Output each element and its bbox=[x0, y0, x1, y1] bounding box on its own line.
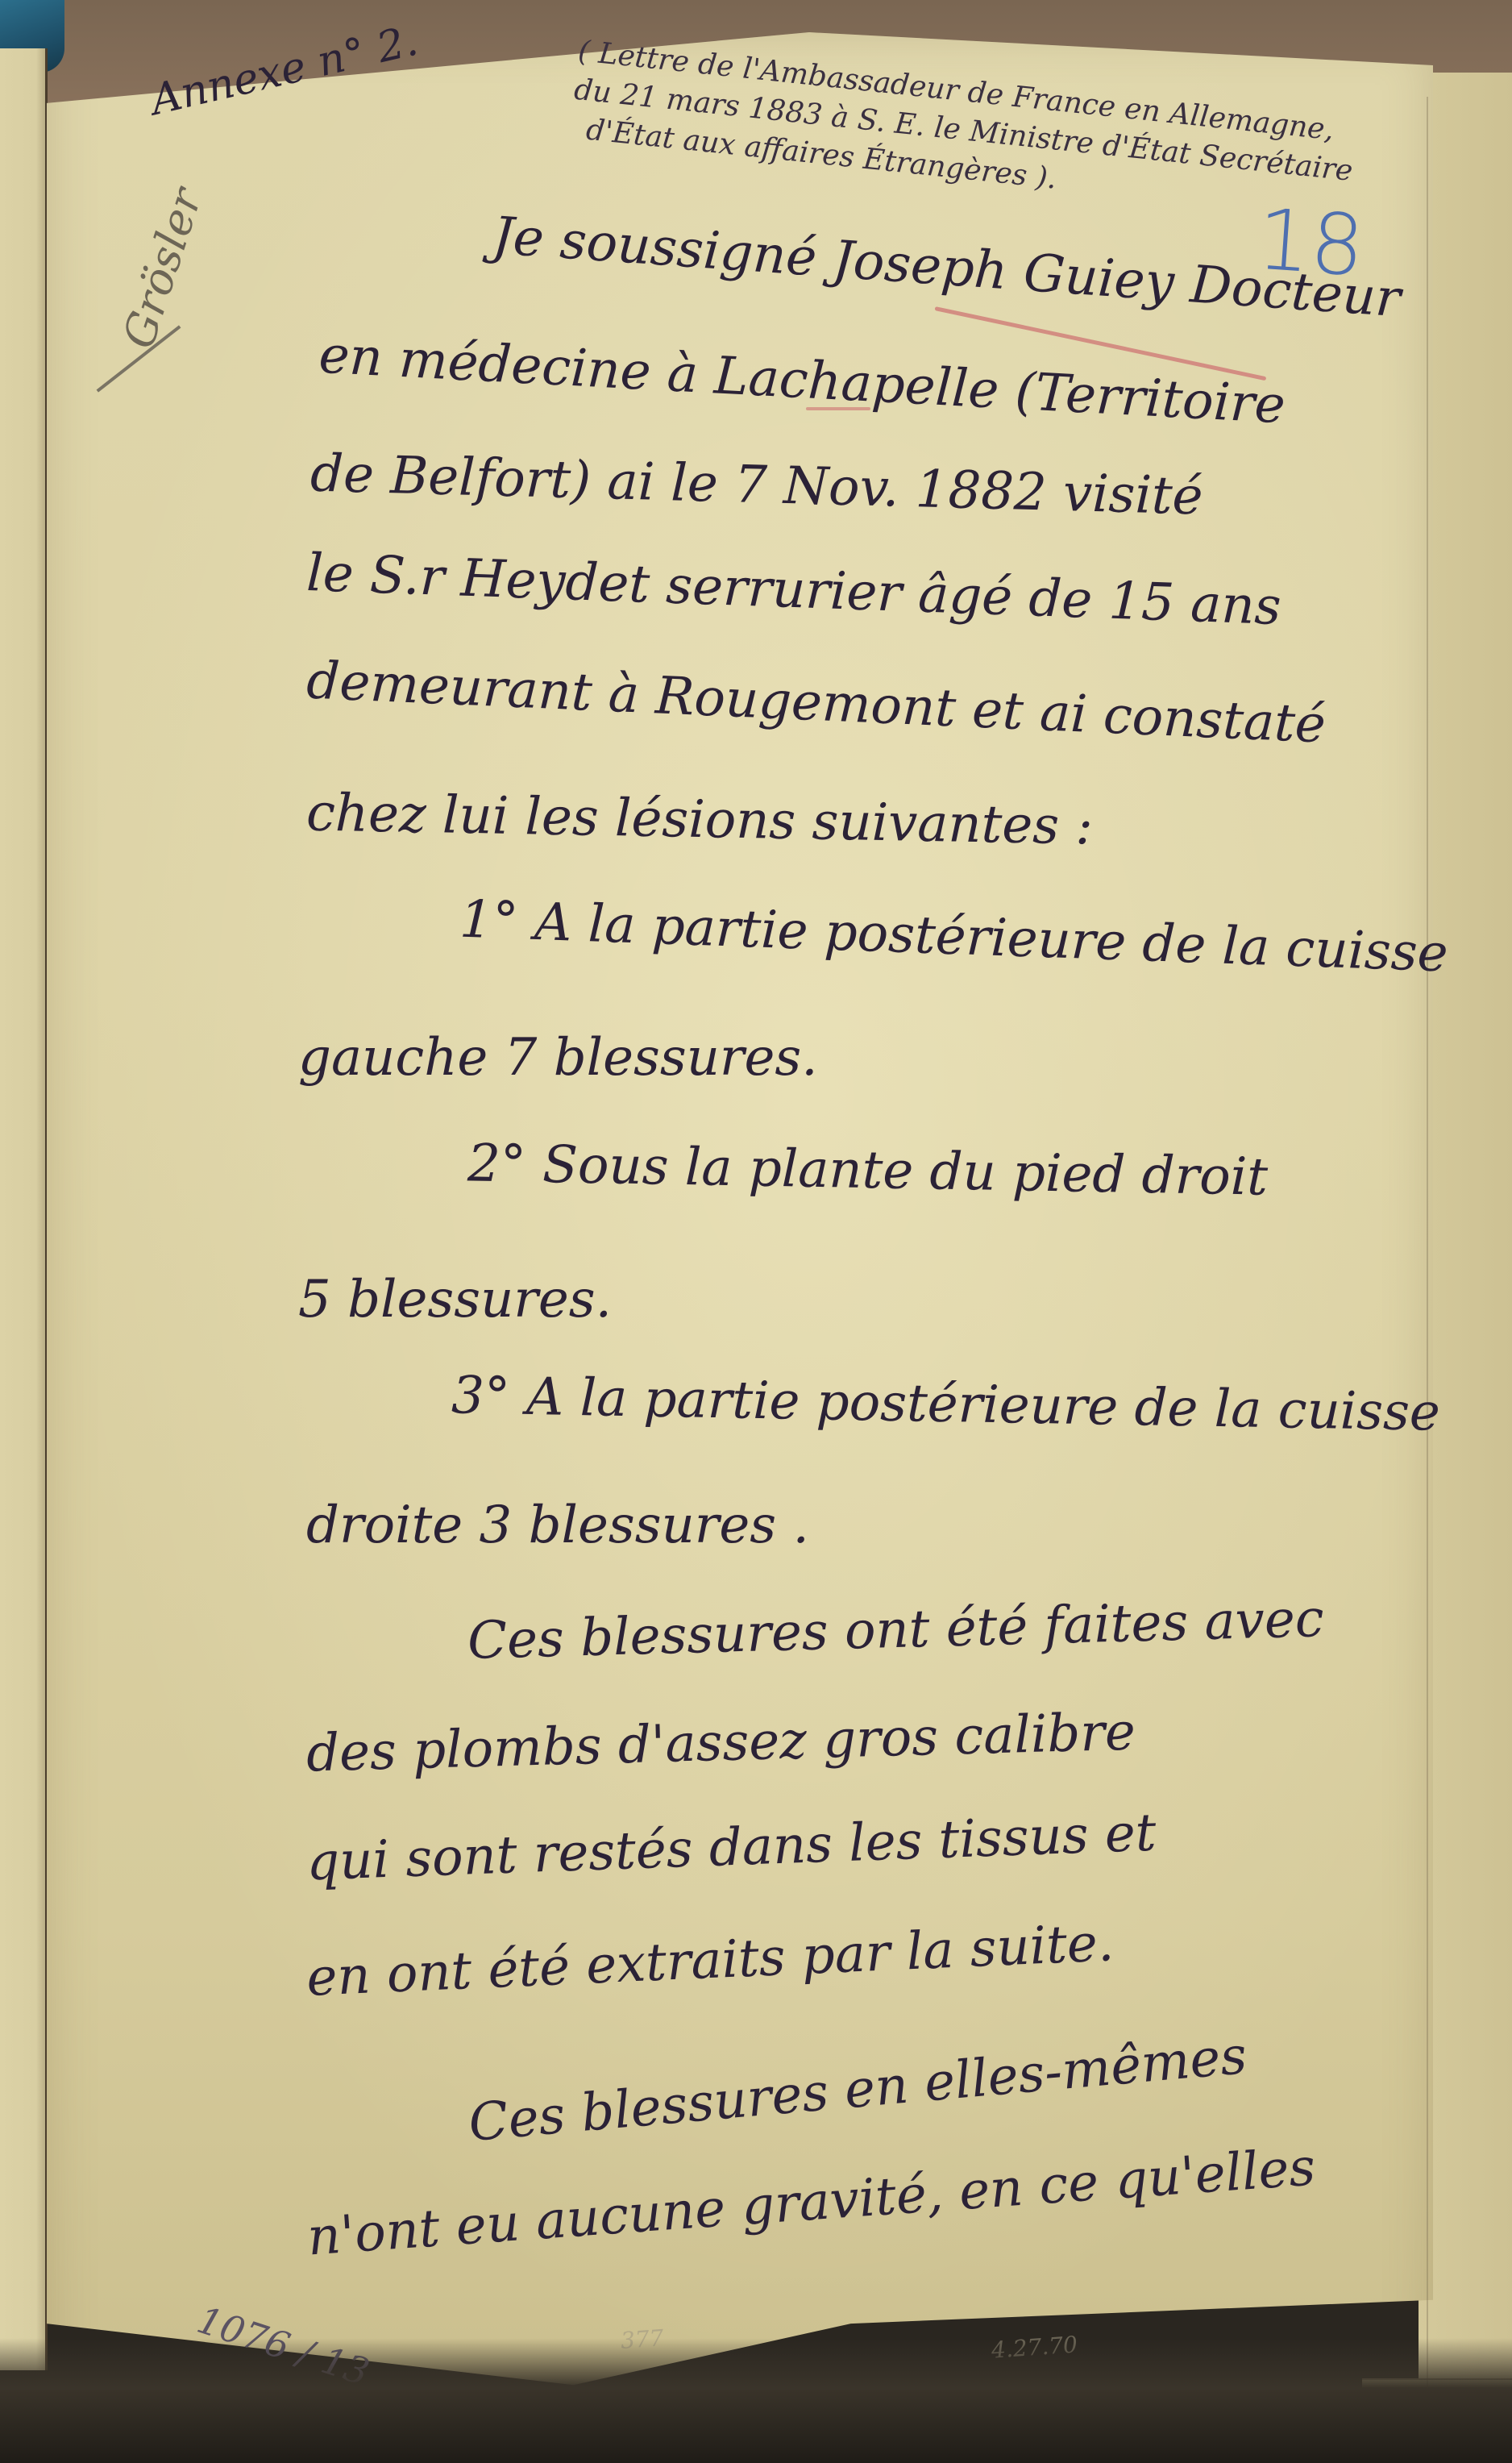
body-line: n'ont eu aucune gravité, en ce qu'elles bbox=[305, 2141, 1317, 2263]
body-line: 1° A la partie postérieure de la cuisse bbox=[459, 894, 1448, 980]
body-line: Je soussigné Joseph Guiey Docteur bbox=[491, 210, 1402, 326]
body-line: qui sont restés dans les tissus et bbox=[305, 1808, 1157, 1889]
body-line: Ces blessures ont été faites avec bbox=[467, 1593, 1324, 1667]
body-line: Ces blessures en elles-mêmes bbox=[467, 2030, 1248, 2149]
body-line: en ont été extraits par la suite. bbox=[305, 1917, 1115, 2004]
body-line: droite 3 blessures . bbox=[306, 1500, 809, 1551]
body-line: le S.r Heydet serrurier âgé de 15 ans bbox=[305, 547, 1281, 633]
body-line: 2° Sous la plante du pied droit bbox=[467, 1138, 1269, 1203]
body-line: demeurant à Rougemont et ai constaté bbox=[305, 655, 1327, 751]
body-line: de Belfort) ai le 7 Nov. 1882 visité bbox=[309, 448, 1203, 523]
document-photograph: Annexe n° 2. ( Lettre de l'Ambassadeur d… bbox=[0, 0, 1512, 2463]
body-line: chez lui les lésions suivantes : bbox=[306, 787, 1094, 852]
body-line: 3° A la partie postérieure de la cuisse bbox=[451, 1370, 1441, 1438]
body-line: des plombs d'assez gros calibre bbox=[305, 1707, 1136, 1780]
table-surface-shadow bbox=[0, 2338, 1512, 2463]
letter-body: Je soussigné Joseph Guiey Docteur en méd… bbox=[0, 0, 1512, 2463]
body-line: 5 blessures. bbox=[298, 1274, 612, 1325]
body-line: gauche 7 blessures. bbox=[298, 1032, 818, 1084]
body-line: en médecine à Lachapelle (Territoire bbox=[318, 330, 1286, 432]
